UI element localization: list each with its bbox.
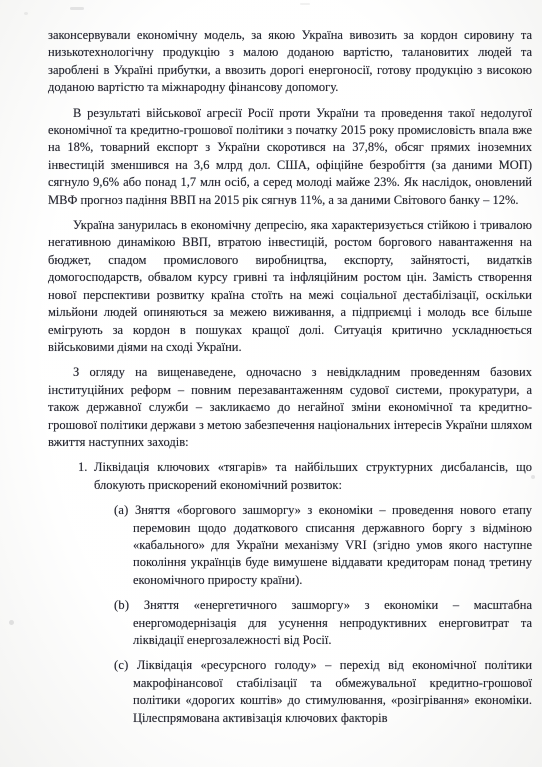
sub-item-marker: (c) [114,658,128,672]
sub-item-marker: (a) [114,503,128,517]
scan-speck [300,3,310,5]
sub-item-marker: (b) [114,598,129,612]
scan-speck [9,620,14,625]
document-page: законсервували економічну модель, за яко… [0,0,542,767]
sub-item-c: (c) Ліквідація «ресурсного голоду» – пер… [133,657,532,727]
paragraph-crisis-statistics: В результаті військової агресії Росії пр… [48,105,532,209]
sub-item-text: Зняття «енергетичного зашморгу» з економ… [133,598,532,647]
sub-item-text: Зняття «боргового зашморгу» з економіки … [133,503,532,587]
paragraph-economic-depression: Україна занурилась в економічну депресію… [48,217,532,356]
sub-item-b: (b) Зняття «енергетичного зашморгу» з ек… [133,597,532,649]
sub-item-a: (a) Зняття «боргового зашморгу» з економ… [133,502,532,589]
list-item-number: 1. [78,459,90,476]
paragraph-continuation: законсервували економічну модель, за яко… [48,27,532,97]
scan-speck [24,12,28,15]
paragraph-call-to-action: З огляду на вищенаведене, одночасно з не… [48,364,532,451]
list-item-1: 1.Ліквідація ключових «тягарів» та найбі… [94,459,532,494]
sub-item-text: Ліквідація «ресурсного голоду» – перехід… [133,658,532,724]
scan-speck [70,7,84,10]
list-item-text: Ліквідація ключових «тягарів» та найбіль… [94,460,532,491]
